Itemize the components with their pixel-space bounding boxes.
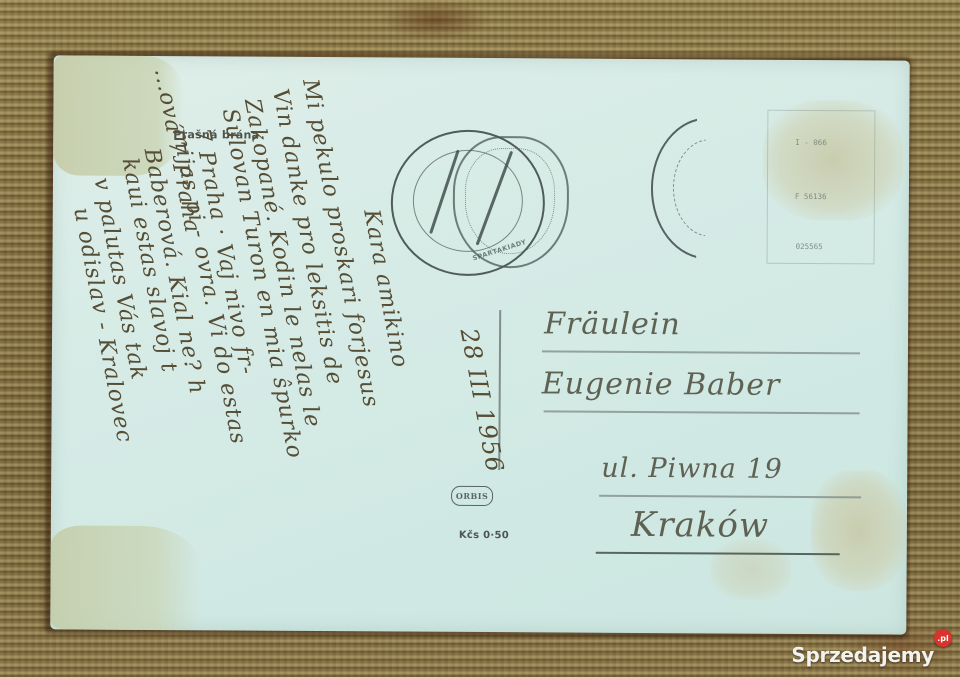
address-line-rule	[542, 350, 860, 353]
adhesive-stain	[811, 470, 908, 591]
address-line-rule	[599, 495, 861, 498]
adhesive-stain	[710, 539, 790, 599]
postcard: Prašná brána ORBIS Kčs 0·50 I - 066 F 56…	[50, 55, 909, 634]
watermark-badge: .pl	[934, 629, 952, 647]
address-name: Eugenie Baber	[542, 366, 781, 402]
address-street: ul. Piwna 19	[601, 453, 783, 485]
address-line-rule	[544, 410, 860, 413]
address-city: Kraków	[631, 505, 769, 546]
stamp-code: F 56136	[795, 192, 827, 201]
postmark-partial-icon	[651, 117, 766, 260]
stamp-code: I - 066	[795, 138, 827, 147]
printed-price: Kčs 0·50	[459, 530, 509, 541]
rug-discoloration	[380, 0, 490, 40]
watermark-brand: Sprzedajemy	[791, 643, 934, 667]
address-salutation: Fräulein	[544, 306, 681, 342]
publisher-logo: ORBIS	[451, 486, 493, 506]
postmark-partial-inner-icon	[673, 139, 746, 236]
stamp-code: 025565	[796, 242, 823, 251]
adhesive-stain	[50, 525, 201, 630]
